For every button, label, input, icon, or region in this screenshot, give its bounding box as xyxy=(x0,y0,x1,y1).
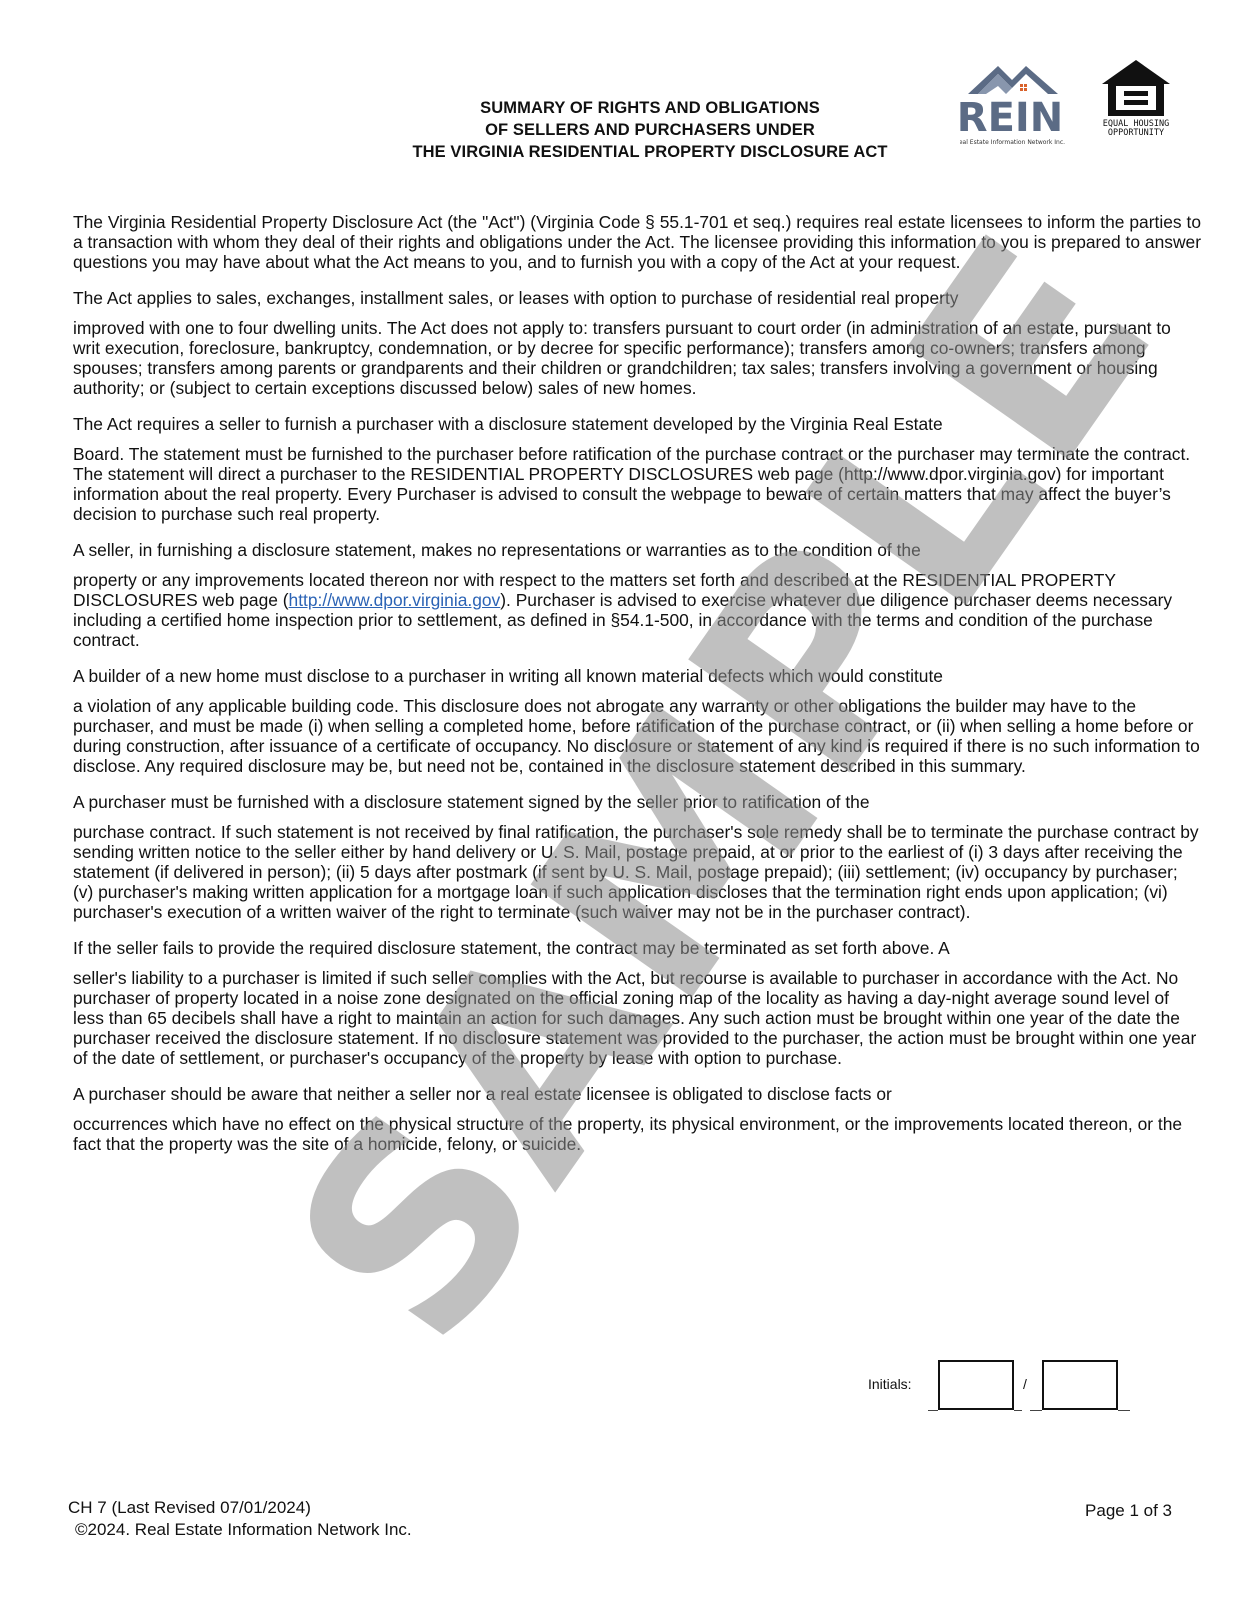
document-body: The Virginia Residential Property Disclo… xyxy=(73,212,1201,1170)
paragraph-text: occurrences which have no effect on the … xyxy=(73,1114,1182,1154)
paragraph-lead: A purchaser should be aware that neither… xyxy=(73,1084,1201,1104)
title-line-3: THE VIRGINIA RESIDENTIAL PROPERTY DISCLO… xyxy=(300,141,1000,163)
paragraph-lead: A purchaser must be furnished with a dis… xyxy=(73,792,1201,812)
paragraph-text: Board. The statement must be furnished t… xyxy=(73,444,1190,524)
paragraph-lead: A builder of a new home must disclose to… xyxy=(73,666,1201,686)
paragraph-text: seller's liability to a purchaser is lim… xyxy=(73,968,1196,1068)
paragraph-text: purchase contract. If such statement is … xyxy=(73,822,1199,922)
svg-text:REIN: REIN xyxy=(960,95,1063,141)
form-revision: CH 7 (Last Revised 07/01/2024) xyxy=(68,1497,412,1519)
footer-left: CH 7 (Last Revised 07/01/2024) ©2024. Re… xyxy=(68,1497,412,1541)
paragraph-lead: If the seller fails to provide the requi… xyxy=(73,938,1201,958)
paragraph-lead: The Act requires a seller to furnish a p… xyxy=(73,414,1201,434)
title-line-2: OF SELLERS AND PURCHASERS UNDER xyxy=(300,119,1000,141)
paragraph-text: a violation of any applicable building c… xyxy=(73,696,1200,776)
initials-box-2[interactable] xyxy=(1042,1360,1118,1410)
title-line-1: SUMMARY OF RIGHTS AND OBLIGATIONS xyxy=(300,97,1000,119)
paragraph-no-warranties: A seller, in furnishing a disclosure sta… xyxy=(73,540,1201,650)
copyright: ©2024. Real Estate Information Network I… xyxy=(68,1519,412,1541)
paragraph-lead: A seller, in furnishing a disclosure sta… xyxy=(73,540,1201,560)
underline xyxy=(1030,1410,1042,1411)
paragraph-text: improved with one to four dwelling units… xyxy=(73,318,1171,398)
underline xyxy=(1118,1410,1130,1411)
underline xyxy=(928,1410,938,1411)
initials-label: Initials: xyxy=(868,1376,912,1392)
underline xyxy=(1014,1410,1022,1411)
paragraph-liability: If the seller fails to provide the requi… xyxy=(73,938,1201,1068)
paragraph-lead: The Act applies to sales, exchanges, ins… xyxy=(73,288,1201,308)
paragraph-non-material: A purchaser should be aware that neither… xyxy=(73,1084,1201,1154)
initials-separator: / xyxy=(1023,1376,1027,1392)
page-number: Page 1 of 3 xyxy=(1085,1501,1172,1521)
paragraph-text: The Virginia Residential Property Disclo… xyxy=(73,212,1201,272)
svg-text:OPPORTUNITY: OPPORTUNITY xyxy=(1108,128,1164,138)
paragraph-termination: A purchaser must be furnished with a dis… xyxy=(73,792,1201,922)
paragraph-applicability: The Act applies to sales, exchanges, ins… xyxy=(73,288,1201,398)
rein-logo-icon: REIN Real Estate Information Network Inc… xyxy=(960,58,1080,150)
paragraph-intro: The Virginia Residential Property Disclo… xyxy=(73,212,1201,272)
paragraph-builder: A builder of a new home must disclose to… xyxy=(73,666,1201,776)
svg-text:Real Estate Information Networ: Real Estate Information Network Inc. xyxy=(960,139,1065,146)
initials-box-1[interactable] xyxy=(938,1360,1014,1410)
paragraph-seller-disclosure: The Act requires a seller to furnish a p… xyxy=(73,414,1201,524)
document-title: SUMMARY OF RIGHTS AND OBLIGATIONS OF SEL… xyxy=(300,97,1000,163)
equal-housing-icon: EQUAL HOUSING OPPORTUNITY xyxy=(1098,58,1174,138)
dpor-link[interactable]: http://www.dpor.virginia.gov xyxy=(289,590,501,610)
